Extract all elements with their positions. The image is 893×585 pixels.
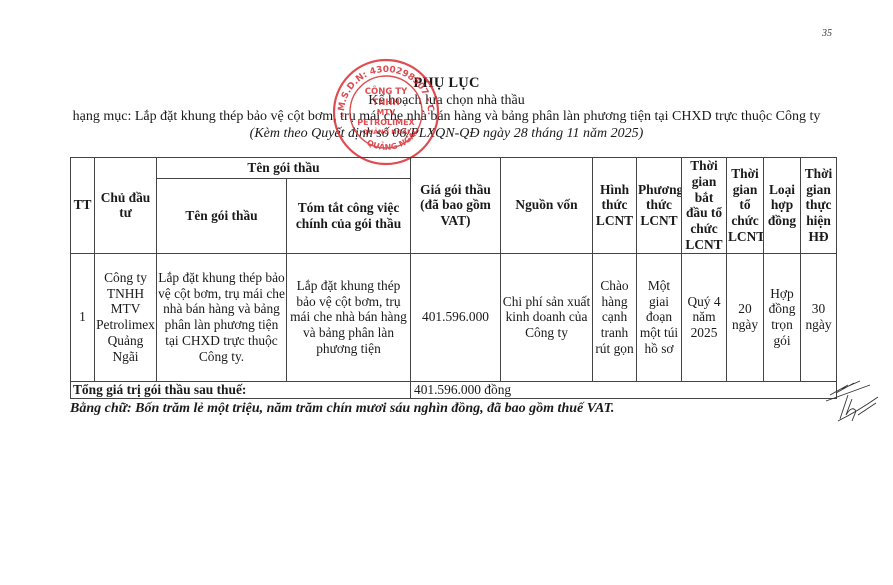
cell-tt: 1 [71, 253, 95, 381]
header-duration: Thời gian tổ chức LCNT [727, 158, 764, 254]
header-contract-type: Loại hợp đồng [764, 158, 801, 254]
header-funding: Nguồn vốn [501, 158, 593, 254]
cell-execution-time: 30 ngày [801, 253, 837, 381]
signature-icon [818, 375, 888, 427]
header-package-name: Tên gói thầu [157, 178, 287, 253]
cell-package-name: Lắp đặt khung thép bảo vệ cột bơm, trụ m… [157, 253, 287, 381]
header-price: Giá gói thầu (đã bao gồm VAT) [411, 158, 501, 254]
page-number: 35 [822, 28, 832, 39]
total-value: 401.596.000 đồng [411, 381, 837, 398]
header-method: Phương thức LCNT [637, 158, 682, 254]
cell-funding: Chi phí sản xuất kinh doanh của Công ty [501, 253, 593, 381]
header-summary: Tóm tắt công việc chính của gói thầu [287, 178, 411, 253]
header-form: Hình thức LCNT [593, 158, 637, 254]
total-row: Tổng giá trị gói thầu sau thuế: 401.596.… [71, 381, 837, 398]
total-label: Tổng giá trị gói thầu sau thuế: [71, 381, 411, 398]
cell-start-time: Quý 4 năm 2025 [682, 253, 727, 381]
header-tt: TT [71, 158, 95, 254]
cell-contract-type: Hợp đồng trọn gói [764, 253, 801, 381]
document-title: PHỤ LỤC [0, 75, 893, 92]
header-package-group: Tên gói thầu [157, 158, 411, 179]
header-start-time: Thời gian bắt đầu tổ chức LCNT [682, 158, 727, 254]
contractor-selection-table: TT Chủ đầu tư Tên gói thầu Giá gói thầu … [70, 157, 837, 399]
cell-duration: 20 ngày [727, 253, 764, 381]
header-execution-time: Thời gian thực hiện HĐ [801, 158, 837, 254]
cell-form: Chào hàng cạnh tranh rút gọn [593, 253, 637, 381]
decision-reference: (Kèm theo Quyết định số 06/PLXQN-QĐ ngày… [0, 126, 893, 142]
cell-price: 401.596.000 [411, 253, 501, 381]
document-subtitle: Kế hoạch lựa chọn nhà thầu [0, 93, 893, 109]
scope-line: hạng mục: Lắp đặt khung thép bảo vệ cột … [0, 109, 893, 125]
cell-method: Một giai đoạn một túi hồ sơ [637, 253, 682, 381]
header-investor: Chủ đầu tư [95, 158, 157, 254]
table-row: 1 Công ty TNHH MTV Petrolimex Quảng Ngãi… [71, 253, 837, 381]
cell-summary: Lắp đặt khung thép bảo vệ cột bơm, trụ m… [287, 253, 411, 381]
cell-investor: Công ty TNHH MTV Petrolimex Quảng Ngãi [95, 253, 157, 381]
amount-in-words: Bằng chữ: Bốn trăm lẻ một triệu, năm tră… [70, 401, 614, 417]
